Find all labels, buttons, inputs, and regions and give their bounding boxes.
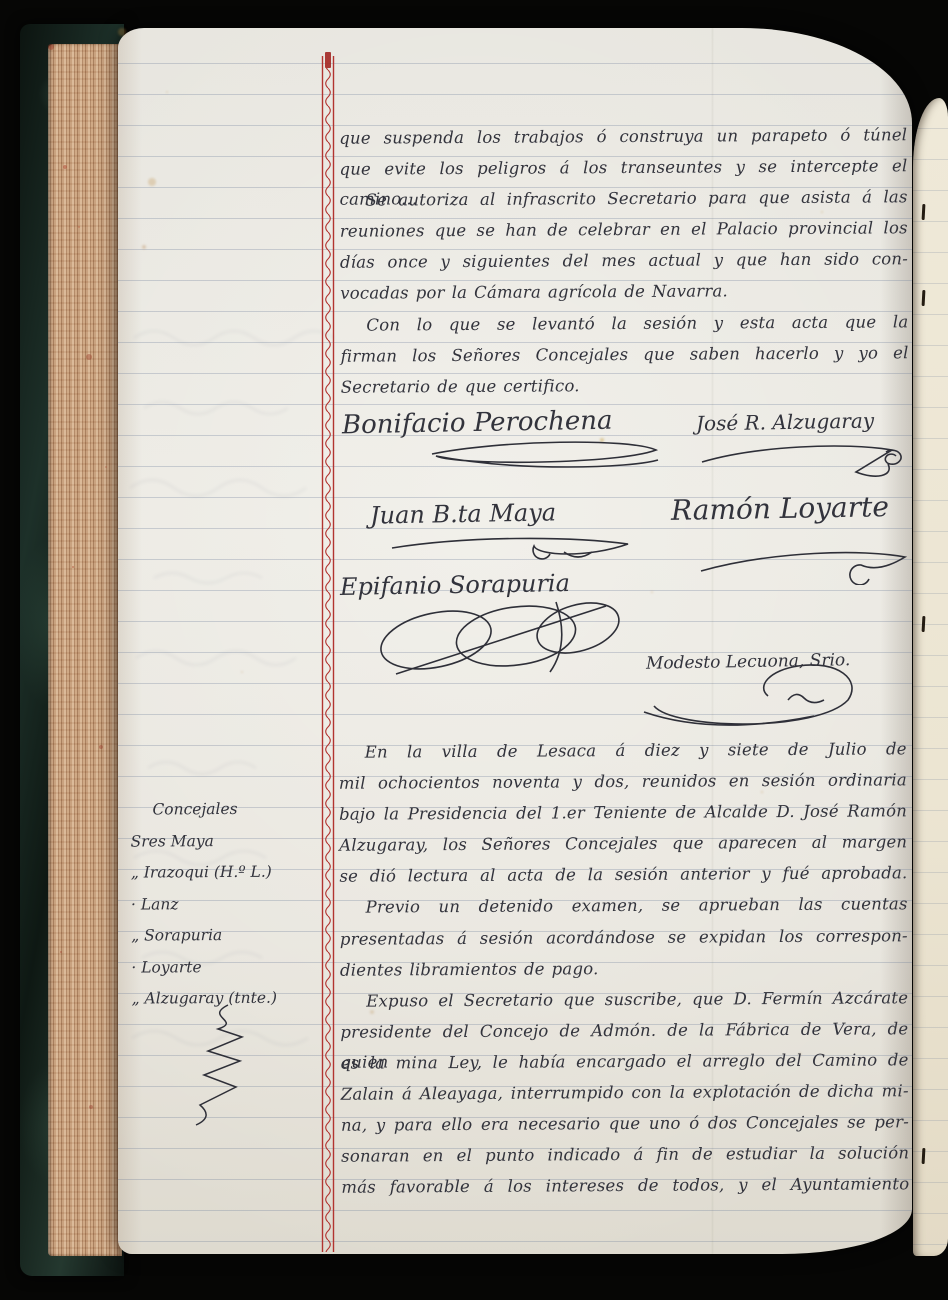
manuscript-line: Secretario de que certifico. — [341, 369, 909, 404]
manuscript-line: En la villa de Lesaca á diez y siete de … — [339, 734, 907, 769]
manuscript-line: reuniones que se han de celebrar en el P… — [340, 214, 908, 249]
margin-item: „ Sorapuria — [131, 919, 321, 952]
manuscript-line: se dió lectura al acta de la sesión ante… — [339, 859, 907, 894]
manuscript-line: presidente del Concejo de Admón. de la F… — [340, 1014, 908, 1049]
margin-item: · Lanz — [131, 888, 321, 921]
manuscript-line: Se autoriza al infrascrito Secretario pa… — [340, 182, 908, 217]
manuscript-line: es la mina Ley, le había encargado el ar… — [340, 1045, 908, 1080]
signature-rubric — [638, 658, 878, 736]
manuscript-line: mil ochocientos noventa y dos, reunidos … — [339, 765, 907, 800]
signature-rubric — [366, 596, 676, 684]
manuscript-line: na, y para ello era necesario que uno ó … — [341, 1107, 909, 1142]
manuscript-line: Con lo que se levantó la sesión y esta a… — [340, 307, 908, 342]
manuscript-line: más favorable á los intereses de todos, … — [341, 1170, 909, 1205]
binding-stitch — [922, 290, 926, 306]
margin-red-rule — [321, 52, 335, 1252]
manuscript-line: días once y siguientes del mes actual y … — [340, 245, 908, 280]
manuscript-line: que suspenda los trabajos ó construya un… — [339, 120, 907, 155]
binding-stitch — [922, 204, 926, 220]
page-edges-stack — [48, 44, 122, 1256]
binding-stitch — [922, 616, 926, 632]
manuscript-line: Zalain á Aleayaga, interrumpido con la e… — [341, 1076, 909, 1111]
margin-notes: Concejales Sres Maya „ Irazoqui (H.º L.)… — [130, 793, 321, 1015]
signature-maya: Juan B.ta Maya — [370, 498, 557, 529]
manuscript-line: Alzugaray, los Señores Concejales que ap… — [339, 828, 907, 863]
continuation-text-block: que suspenda los trabajos ó construya un… — [339, 120, 909, 403]
signature-rubric — [693, 543, 917, 585]
page-edge-speckles — [48, 44, 54, 50]
margin-rubric-flourish — [182, 1003, 256, 1129]
manuscript-line: dientes libramientos de pago. — [340, 952, 908, 987]
manuscript-line: Previo un detenido examen, se aprueban l… — [340, 890, 908, 925]
manuscript-page: que suspenda los trabajos ó construya un… — [118, 28, 912, 1254]
margin-item: Sres Maya — [131, 825, 321, 858]
manuscript-book-scan: que suspenda los trabajos ó construya un… — [0, 0, 948, 1300]
signature-perochena: Bonifacio Perochena — [342, 406, 613, 441]
signature-rubric — [696, 438, 910, 486]
next-page-sliver — [913, 98, 948, 1256]
margin-heading: Concejales — [130, 793, 320, 826]
signature-rubric — [388, 534, 640, 566]
margin-item: · Loyarte — [131, 951, 321, 984]
manuscript-line: que evite los peligros á los transeuntes… — [339, 151, 907, 186]
signature-loyarte: Ramón Loyarte — [671, 490, 889, 527]
margin-item: „ Irazoqui (H.º L.) — [131, 856, 321, 889]
manuscript-line: bajo la Presidencia del 1.er Teniente de… — [339, 796, 907, 831]
manuscript-line: presentadas á sesión acordándose se expi… — [340, 921, 908, 956]
manuscript-line: sonaran en el punto indicado á fin de es… — [341, 1138, 909, 1173]
binding-stitch — [922, 1148, 926, 1164]
foxing-stains — [118, 28, 126, 36]
manuscript-line: firman los Señores Concejales que saben … — [340, 338, 908, 373]
signature-alzugaray: José R. Alzugaray — [696, 408, 874, 435]
manuscript-line: vocadas por la Cámara agrícola de Navarr… — [340, 276, 908, 311]
acta-text-block: En la villa de Lesaca á diez y siete de … — [339, 734, 910, 1204]
manuscript-line: Expuso el Secretario que suscribe, que D… — [340, 983, 908, 1018]
signature-rubric — [430, 440, 662, 476]
